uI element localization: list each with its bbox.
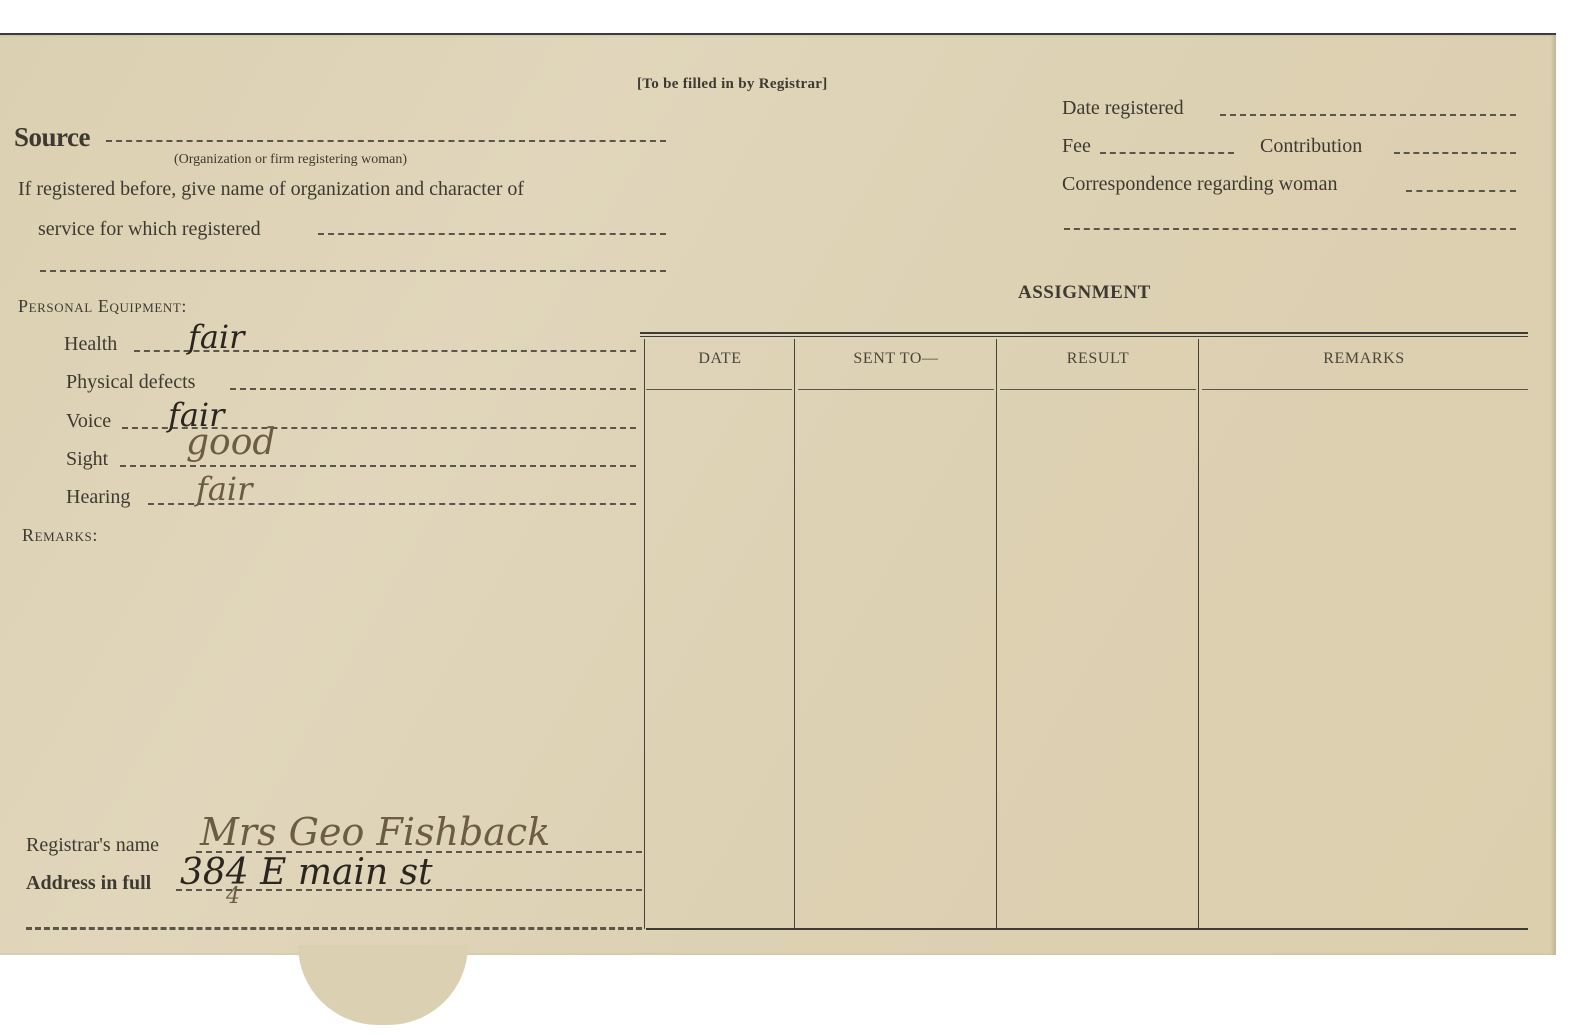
prior-registration-field[interactable] — [318, 233, 666, 235]
column-header-date: DATE — [646, 350, 794, 368]
source-field[interactable] — [106, 140, 666, 142]
remarks-column-cells[interactable] — [1202, 392, 1528, 927]
prior-registration-label: If registered before, give name of organ… — [18, 178, 524, 201]
health-value: fair — [188, 318, 244, 356]
column-header-remarks: REMARKS — [1200, 350, 1528, 368]
assignment-table: DATE SENT TO— RESULT REMARKS — [640, 332, 1528, 929]
personal-equipment-heading: Personal Equipment: — [18, 296, 187, 317]
correspondence-label: Correspondence regarding woman — [1062, 173, 1337, 196]
address-label: Address in full — [26, 872, 151, 895]
prior-registration-field-2[interactable] — [40, 270, 666, 272]
date-registered-label: Date registered — [1062, 97, 1184, 120]
registrar-note: [To be filled in by Registrar] — [637, 76, 828, 93]
fee-field[interactable] — [1100, 152, 1234, 154]
contribution-field[interactable] — [1394, 152, 1516, 154]
address-field-2[interactable] — [26, 927, 642, 930]
registrar-name-label: Registrar's name — [26, 834, 159, 857]
card-index-tab — [298, 945, 468, 1025]
remarks-heading: Remarks: — [22, 525, 98, 546]
date-registered-field[interactable] — [1220, 114, 1516, 116]
prior-registration-label-2: service for which registered — [38, 218, 261, 241]
sent-to-column-cells[interactable] — [798, 392, 994, 927]
contribution-label: Contribution — [1260, 135, 1362, 158]
remarks-area[interactable] — [22, 555, 622, 815]
hearing-label: Hearing — [66, 486, 130, 509]
assignment-title: ASSIGNMENT — [1018, 282, 1151, 304]
physical-defects-label: Physical defects — [66, 371, 195, 394]
source-label: Source — [14, 122, 90, 153]
physical-defects-field[interactable] — [230, 388, 636, 390]
voice-label: Voice — [66, 410, 111, 433]
sight-label: Sight — [66, 448, 108, 471]
sight-field[interactable] — [120, 465, 636, 467]
sight-value: good — [186, 422, 275, 463]
address-correction: 4 — [226, 884, 240, 909]
column-header-sent-to: SENT TO— — [796, 350, 996, 368]
correspondence-field-2[interactable] — [1064, 228, 1516, 230]
result-column-cells[interactable] — [1000, 392, 1196, 927]
health-label: Health — [64, 333, 117, 356]
source-caption: (Organization or firm registering woman) — [174, 152, 407, 168]
hearing-value: fair — [196, 470, 252, 508]
fee-label: Fee — [1062, 135, 1091, 158]
address-value: 384 E main st — [180, 852, 433, 893]
date-column-cells[interactable] — [646, 392, 792, 927]
correspondence-field[interactable] — [1406, 190, 1516, 192]
registrar-name-value: Mrs Geo Fishback — [200, 810, 550, 854]
column-header-result: RESULT — [998, 350, 1198, 368]
